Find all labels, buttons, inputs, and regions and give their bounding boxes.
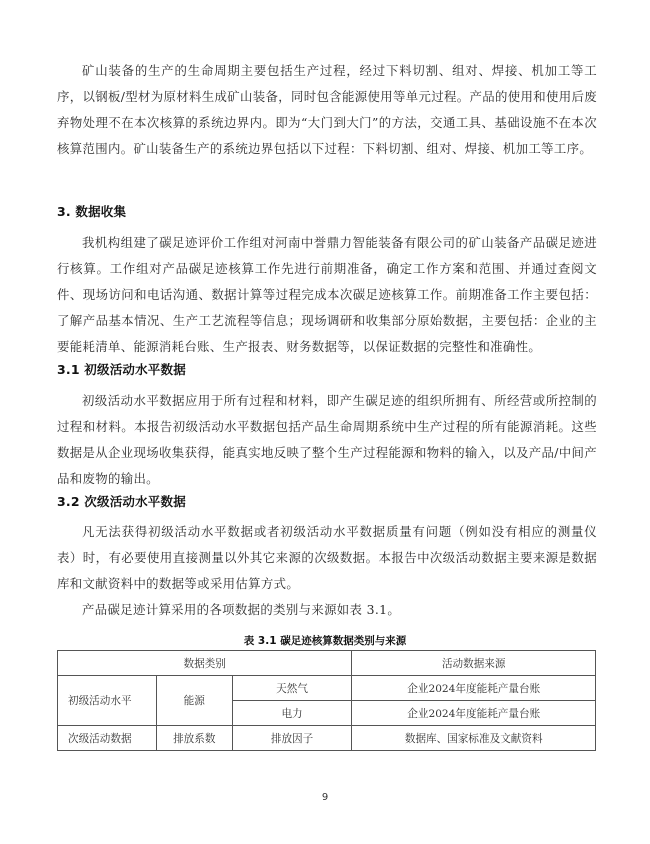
heading-section-3-2: 3.2 次级活动水平数据 — [57, 492, 186, 510]
data-source-table: 数据类别 活动数据来源 初级活动水平 能源 天然气 企业2024年度能耗产量台账… — [57, 650, 596, 751]
cell-item: 排放因子 — [232, 726, 352, 751]
page-number: 9 — [0, 792, 650, 803]
cell-source: 企业2024年度能耗产量台账 — [352, 701, 596, 726]
table-row: 初级活动水平 能源 天然气 企业2024年度能耗产量台账 — [58, 676, 596, 701]
paragraph-secondary-data: 凡无法获得初级活动水平数据或者初级活动水平数据质量有问题（例如没有相应的测量仪表… — [57, 519, 597, 597]
cell-source: 企业2024年度能耗产量台账 — [352, 676, 596, 701]
cell-item: 天然气 — [232, 676, 352, 701]
paragraph-system-boundary: 矿山装备的生产的生命周期主要包括生产过程，经过下料切割、组对、焊接、机加工等工序… — [57, 58, 597, 162]
cell-level: 次级活动数据 — [58, 726, 157, 751]
cell-type: 排放系数 — [156, 726, 232, 751]
paragraph-data-collection: 我机构组建了碳足迹评价工作组对河南中誉鼎力智能装备有限公司的矿山装备产品碳足迹进… — [57, 230, 597, 360]
table-row: 次级活动数据 排放系数 排放因子 数据库、国家标准及文献资料 — [58, 726, 596, 751]
cell-source: 数据库、国家标准及文献资料 — [352, 726, 596, 751]
cell-type: 能源 — [156, 676, 232, 726]
cell-level: 初级活动水平 — [58, 676, 157, 726]
header-data-category: 数据类别 — [58, 651, 352, 676]
heading-section-3-1: 3.1 初级活动水平数据 — [57, 360, 186, 378]
paragraph-table-intro: 产品碳足迹计算采用的各项数据的类别与来源如表 3.1。 — [57, 597, 597, 623]
table-caption: 表 3.1 碳足迹核算数据类别与来源 — [0, 633, 650, 648]
cell-item: 电力 — [232, 701, 352, 726]
header-activity-source: 活动数据来源 — [352, 651, 596, 676]
document-page: 矿山装备的生产的生命周期主要包括生产过程，经过下料切割、组对、焊接、机加工等工序… — [0, 0, 650, 844]
paragraph-primary-data: 初级活动水平数据应用于所有过程和材料，即产生碳足迹的组织所拥有、所经营或所控制的… — [57, 388, 597, 492]
table-header-row: 数据类别 活动数据来源 — [58, 651, 596, 676]
heading-section-3: 3. 数据收集 — [57, 202, 126, 220]
